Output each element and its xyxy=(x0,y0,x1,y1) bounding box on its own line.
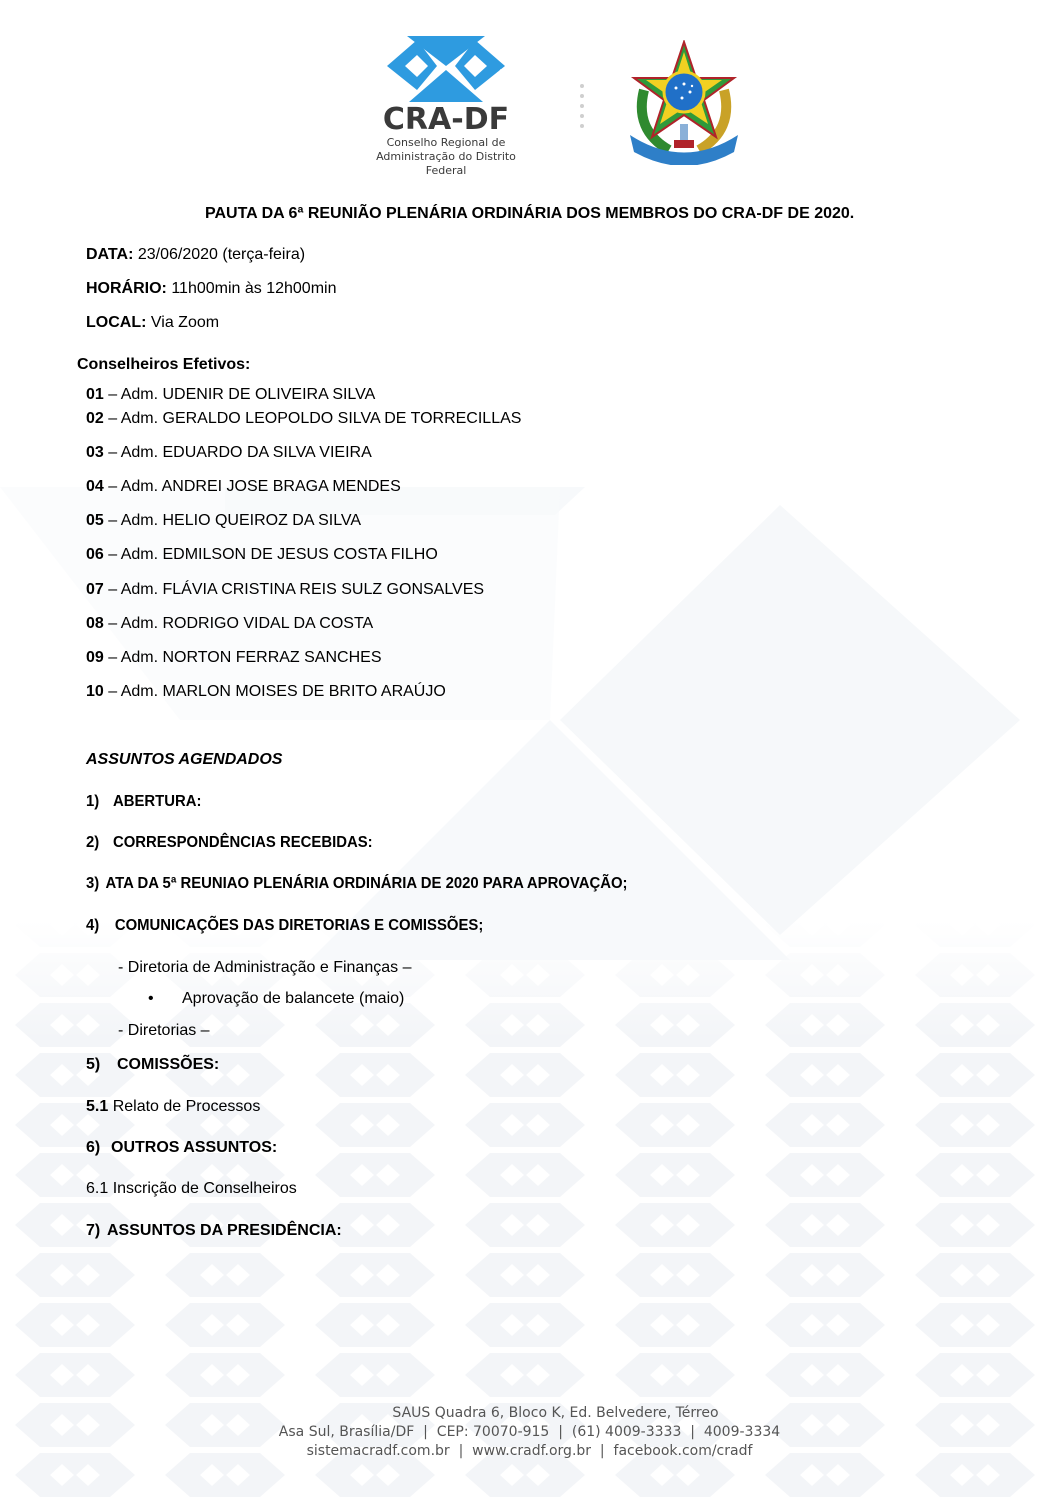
member-row: 01 – Adm. UDENIR DE OLIVEIRA SILVA xyxy=(86,386,375,404)
footer-line-1: SAUS Quadra 6, Bloco K, Ed. Belvedere, T… xyxy=(0,1404,1059,1423)
member-name: – Adm. UDENIR DE OLIVEIRA SILVA xyxy=(104,386,376,403)
meta-date: DATA: 23/06/2020 (terça-feira) xyxy=(86,246,305,264)
members-heading: Conselheiros Efetivos: xyxy=(77,356,250,374)
agenda-item-5: 5)COMISSÕES: xyxy=(86,1056,219,1074)
footer-address: SAUS Quadra 6, Bloco K, Ed. Belvedere, T… xyxy=(0,1404,1059,1461)
member-number: 04 xyxy=(86,478,104,495)
member-name: – Adm. MARLON MOISES DE BRITO ARAÚJO xyxy=(104,683,446,700)
member-row: 08 – Adm. RODRIGO VIDAL DA COSTA xyxy=(86,615,373,633)
member-name: – Adm. FLÁVIA CRISTINA REIS SULZ GONSALV… xyxy=(104,581,484,598)
sub-item-balancete: •Aprovação de balancete (maio) xyxy=(148,990,404,1008)
meta-date-label: DATA: xyxy=(86,246,133,263)
sub-item-diretorias: - Diretorias – xyxy=(118,1022,210,1040)
member-row: 07 – Adm. FLÁVIA CRISTINA REIS SULZ GONS… xyxy=(86,581,484,599)
sub-item-6-1: 6.1 Inscrição de Conselheiros xyxy=(86,1180,297,1198)
org-short-name: CRA-DF xyxy=(356,104,536,136)
footer-line-2: Asa Sul, Brasília/DF | CEP: 70070-915 | … xyxy=(0,1423,1059,1442)
meta-time-label: HORÁRIO: xyxy=(86,280,167,297)
member-number: 09 xyxy=(86,649,104,666)
member-name: – Adm. EDMILSON DE JESUS COSTA FILHO xyxy=(104,546,438,563)
cra-df-logo-icon: ISO 9001 xyxy=(387,36,505,102)
sub-item-5-1: 5.1 Relato de Processos xyxy=(86,1098,260,1116)
member-row: 04 – Adm. ANDREI JOSE BRAGA MENDES xyxy=(86,478,401,496)
member-name: – Adm. GERALDO LEOPOLDO SILVA DE TORRECI… xyxy=(104,410,522,427)
member-row: 03 – Adm. EDUARDO DA SILVA VIEIRA xyxy=(86,444,372,462)
member-row: 06 – Adm. EDMILSON DE JESUS COSTA FILHO xyxy=(86,546,438,564)
member-number: 08 xyxy=(86,615,104,632)
member-number: 10 xyxy=(86,683,104,700)
cra-df-logo: ISO 9001 CRA-DF Conselho Regional de Adm… xyxy=(356,36,536,166)
member-number: 03 xyxy=(86,444,104,461)
member-number: 07 xyxy=(86,581,104,598)
agenda-item-4: 4)COMUNICAÇÕES DAS DIRETORIAS E COMISSÕE… xyxy=(86,917,483,935)
member-number: 06 xyxy=(86,546,104,563)
document-title: PAUTA DA 6ª REUNIÃO PLENÁRIA ORDINÁRIA D… xyxy=(205,205,854,223)
bullet-icon: • xyxy=(148,990,182,1008)
member-name: – Adm. ANDREI JOSE BRAGA MENDES xyxy=(104,478,401,495)
org-full-name-line2: Administração do Distrito Federal xyxy=(356,150,536,178)
brazil-coat-of-arms-icon xyxy=(624,40,744,165)
member-number: 02 xyxy=(86,410,104,427)
member-row: 05 – Adm. HELIO QUEIROZ DA SILVA xyxy=(86,512,361,530)
meta-location-value: Via Zoom xyxy=(146,314,219,331)
meta-location: LOCAL: Via Zoom xyxy=(86,314,219,332)
member-row: 09 – Adm. NORTON FERRAZ SANCHES xyxy=(86,649,381,667)
footer-line-3: sistemacradf.com.br | www.cradf.org.br |… xyxy=(0,1442,1059,1461)
agenda-item-2: 2)CORRESPONDÊNCIAS RECEBIDAS: xyxy=(86,834,373,852)
meta-time: HORÁRIO: 11h00min às 12h00min xyxy=(86,280,336,298)
agenda-item-6: 6)OUTROS ASSUNTOS: xyxy=(86,1139,277,1157)
meta-time-value: 11h00min às 12h00min xyxy=(167,280,337,297)
member-name: – Adm. NORTON FERRAZ SANCHES xyxy=(104,649,382,666)
member-row: 02 – Adm. GERALDO LEOPOLDO SILVA DE TORR… xyxy=(86,410,521,428)
sub-item-dir-admin: - Diretoria de Administração e Finanças … xyxy=(118,959,411,977)
member-name: – Adm. RODRIGO VIDAL DA COSTA xyxy=(104,615,373,632)
meta-date-value: 23/06/2020 (terça-feira) xyxy=(133,246,305,263)
member-number: 01 xyxy=(86,386,104,403)
member-name: – Adm. HELIO QUEIROZ DA SILVA xyxy=(104,512,361,529)
member-row: 10 – Adm. MARLON MOISES DE BRITO ARAÚJO xyxy=(86,683,446,701)
separator-dots xyxy=(578,84,586,134)
document-page: ISO 9001 CRA-DF Conselho Regional de Adm… xyxy=(0,0,1059,1497)
member-number: 05 xyxy=(86,512,104,529)
org-full-name-line1: Conselho Regional de xyxy=(356,136,536,150)
agenda-item-1: 1)ABERTURA: xyxy=(86,793,201,811)
agenda-item-3: 3)ATA DA 5ª REUNIAO PLENÁRIA ORDINÁRIA D… xyxy=(86,875,627,893)
meta-location-label: LOCAL: xyxy=(86,314,146,331)
agenda-heading: ASSUNTOS AGENDADOS xyxy=(86,751,282,769)
agenda-item-7: 7)ASSUNTOS DA PRESIDÊNCIA: xyxy=(86,1222,342,1240)
member-name: – Adm. EDUARDO DA SILVA VIEIRA xyxy=(104,444,372,461)
